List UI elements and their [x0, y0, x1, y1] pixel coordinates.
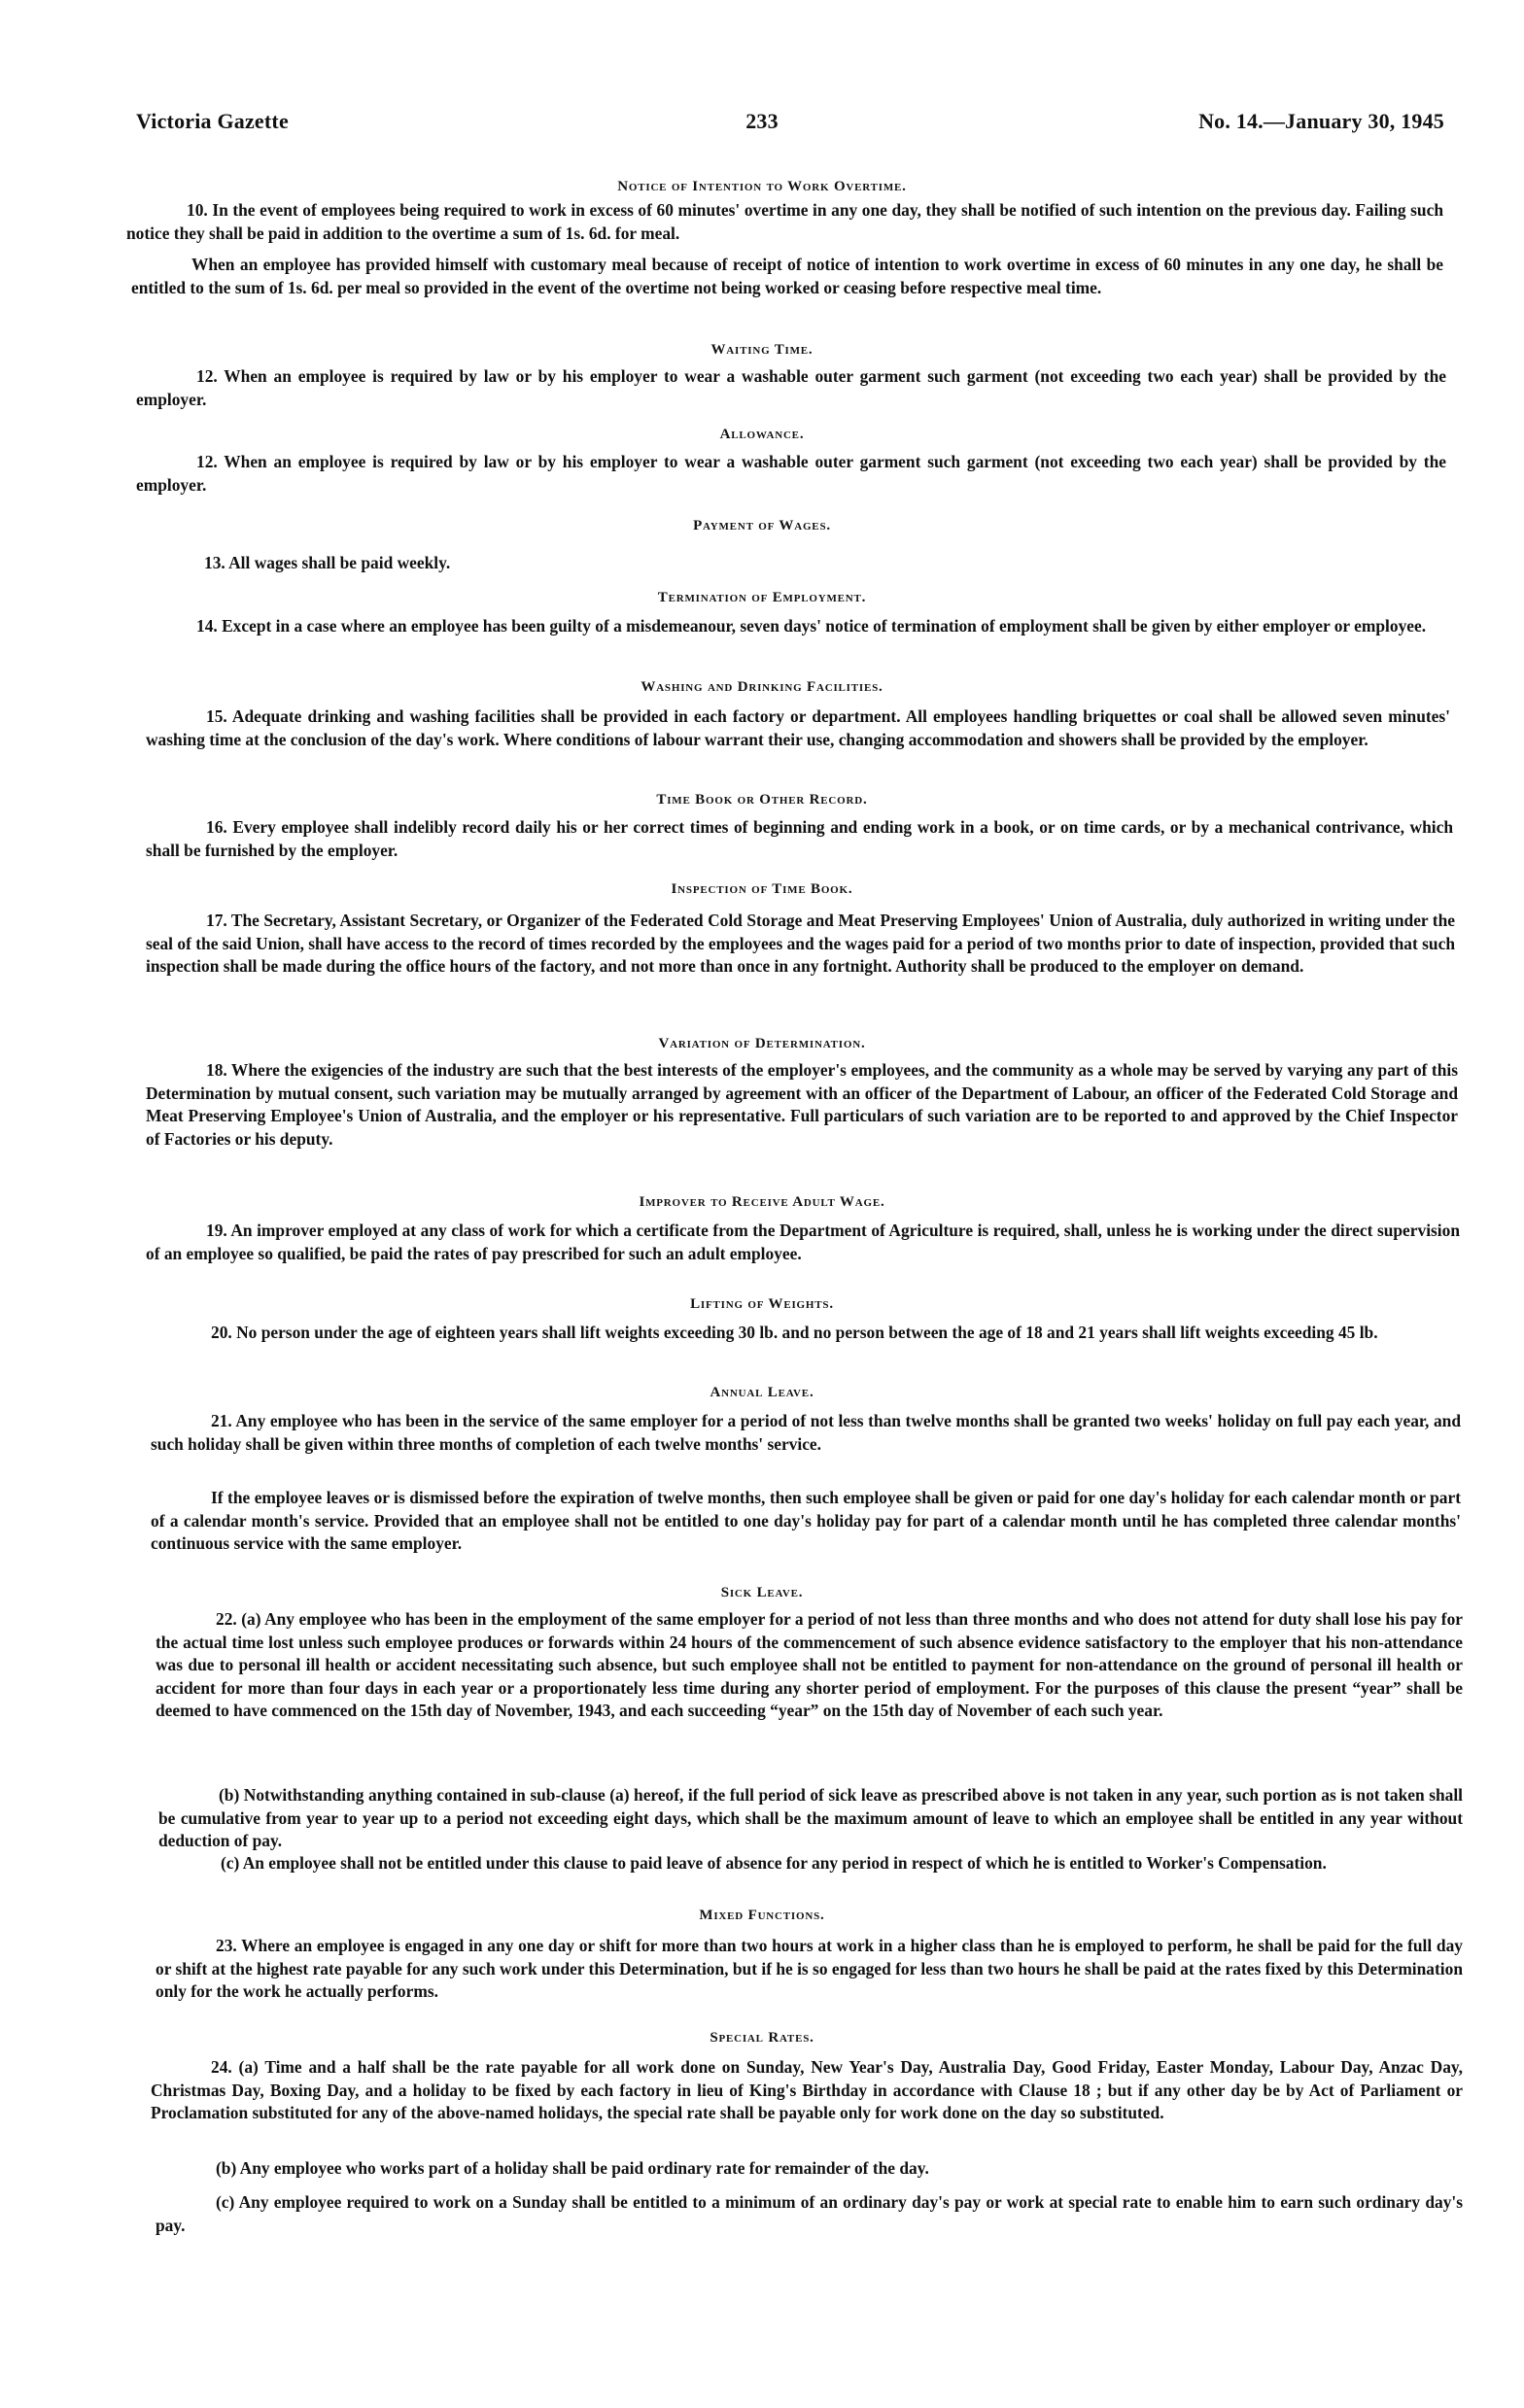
- clause-19: 19. An improver employed at any class of…: [146, 1220, 1460, 1265]
- clause-14: 14. Except in a case where an employee h…: [136, 615, 1448, 638]
- clause-13: 13. All wages shall be paid weekly.: [144, 552, 1446, 575]
- section-heading-inspection: Inspection of Time Book.: [0, 881, 1524, 898]
- section-heading-overtime-notice: Notice of Intention to Work Overtime.: [0, 179, 1524, 195]
- clause-12: 12. When an employee is required by law …: [136, 451, 1446, 497]
- clause-11: 12. When an employee is required by law …: [136, 365, 1446, 411]
- clause-22c: (c) An employee shall not be entitled un…: [160, 1852, 1463, 1875]
- clause-18: 18. Where the exigencies of the industry…: [146, 1059, 1458, 1151]
- section-heading-washing-facilities: Washing and Drinking Facilities.: [0, 679, 1524, 696]
- clause-21: 21. Any employee who has been in the ser…: [151, 1410, 1461, 1456]
- section-heading-waiting-time: Waiting Time.: [0, 342, 1524, 359]
- section-heading-termination: Termination of Employment.: [0, 590, 1524, 606]
- clause-10: 10. In the event of employees being requ…: [126, 199, 1443, 245]
- clause-22b: (b) Notwithstanding anything contained i…: [158, 1784, 1463, 1853]
- clause-22a: 22. (a) Any employee who has been in the…: [156, 1608, 1463, 1723]
- section-heading-annual-leave: Annual Leave.: [0, 1385, 1524, 1401]
- section-heading-special-rates: Special Rates.: [0, 2030, 1524, 2047]
- clause-23: 23. Where an employee is engaged in any …: [156, 1935, 1463, 2004]
- section-heading-variation: Variation of Determination.: [0, 1036, 1524, 1052]
- clause-20: 20. No person under the age of eighteen …: [151, 1322, 1460, 1345]
- clause-17: 17. The Secretary, Assistant Secretary, …: [146, 910, 1455, 979]
- clause-24a: 24. (a) Time and a half shall be the rat…: [151, 2056, 1463, 2125]
- issue-date: No. 14.—January 30, 1945: [1198, 109, 1444, 134]
- clause-24c: (c) Any employee required to work on a S…: [156, 2191, 1463, 2237]
- clause-21-early-leave: If the employee leaves or is dismissed b…: [151, 1487, 1461, 1556]
- section-heading-lifting-weights: Lifting of Weights.: [0, 1296, 1524, 1313]
- section-heading-mixed-functions: Mixed Functions.: [0, 1908, 1524, 1924]
- clause-10-meal: When an employee has provided himself wi…: [131, 254, 1443, 299]
- clause-24b: (b) Any employee who works part of a hol…: [156, 2157, 1463, 2181]
- section-heading-allowance: Allowance.: [0, 427, 1524, 443]
- section-heading-time-book: Time Book or Other Record.: [0, 792, 1524, 808]
- section-heading-sick-leave: Sick Leave.: [0, 1585, 1524, 1601]
- section-heading-improver: Improver to Receive Adult Wage.: [0, 1194, 1524, 1211]
- clause-15: 15. Adequate drinking and washing facili…: [146, 705, 1450, 751]
- gazette-page: Victoria Gazette 233 No. 14.—January 30,…: [0, 0, 1524, 2408]
- clause-16: 16. Every employee shall indelibly recor…: [146, 816, 1453, 862]
- section-heading-payment-of-wages: Payment of Wages.: [0, 518, 1524, 534]
